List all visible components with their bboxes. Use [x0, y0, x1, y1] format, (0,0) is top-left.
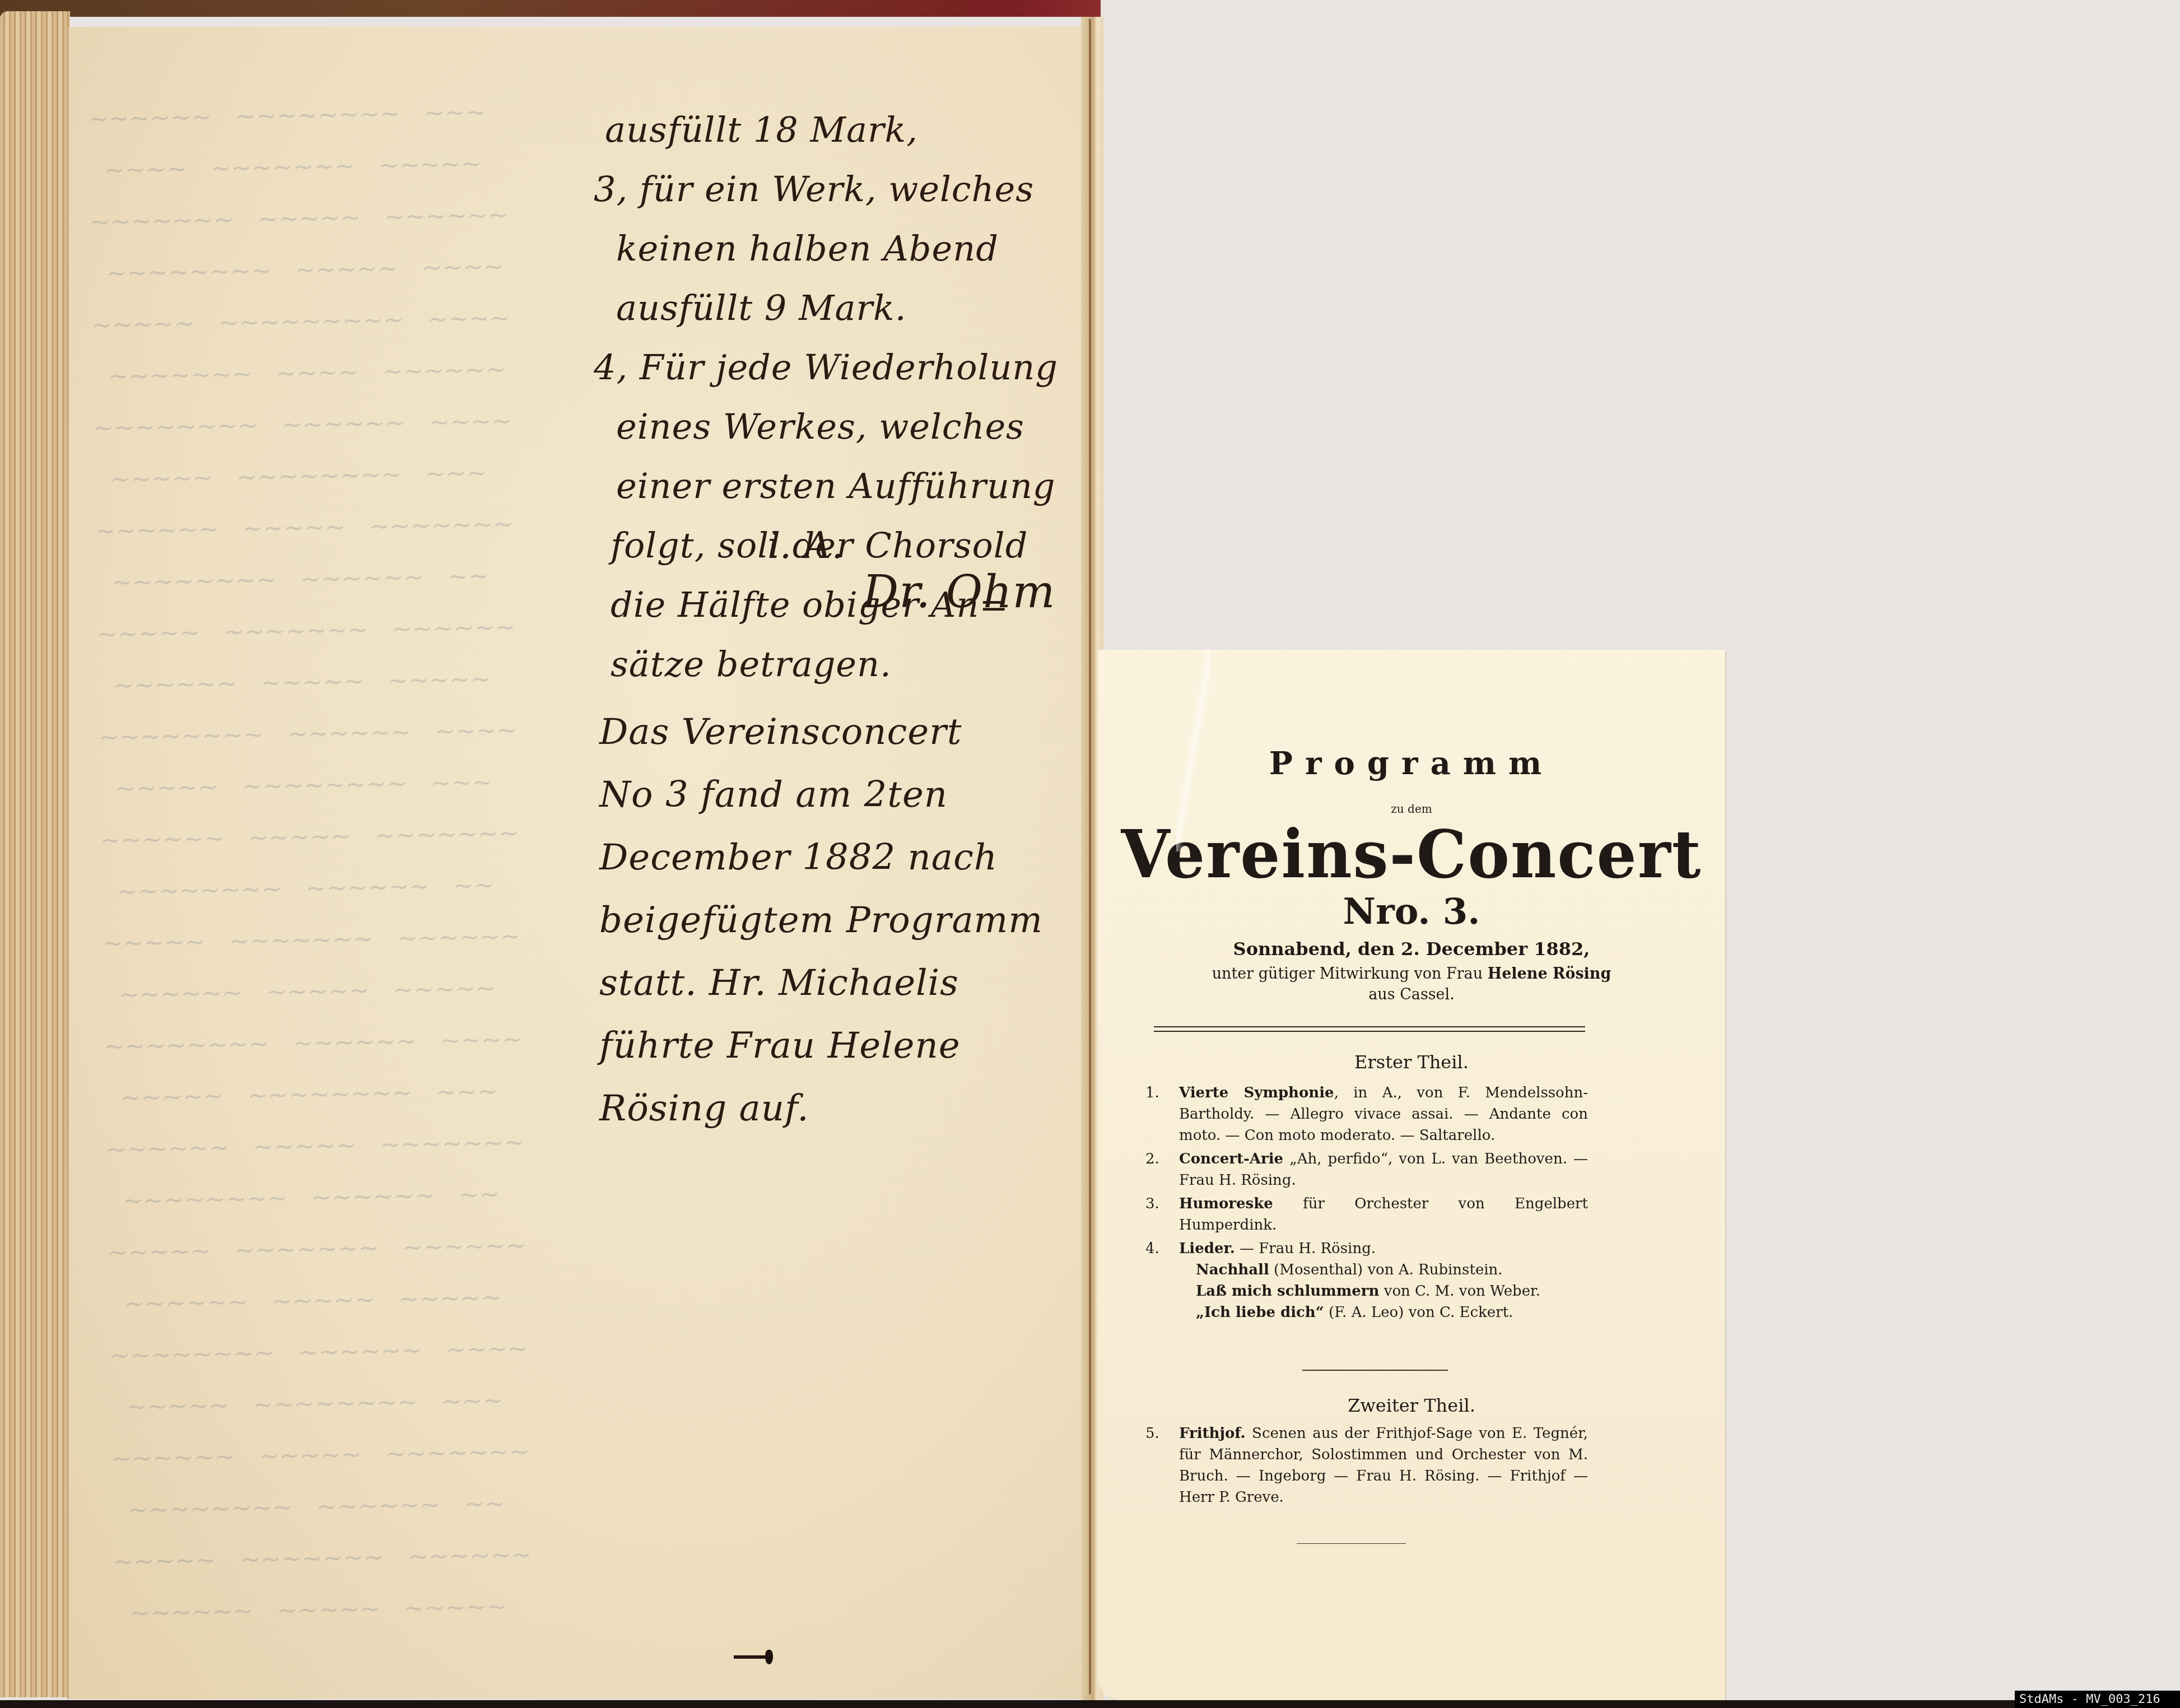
program-item: 2. Concert-Arie „Ah, perfido“, von L. va… — [1145, 1148, 1588, 1191]
program-performer-line: unter gütiger Mitwirkung von Frau Helene… — [1098, 965, 1725, 983]
item-number: 2. — [1145, 1148, 1179, 1191]
handwritten-line: December 1882 nach — [599, 837, 1043, 900]
end-divider — [1297, 1543, 1406, 1544]
section-divider — [1302, 1370, 1448, 1371]
handwritten-line: führte Frau Helene — [599, 1025, 1043, 1088]
handwritten-line: Rösing auf. — [599, 1088, 1043, 1151]
archive-caption: StdAMs - MV_003_216 — [2015, 1691, 2180, 1708]
program-item: 3. Humoreske für Orchester von Engelbert… — [1145, 1193, 1588, 1236]
song-line: Nachhall (Mosenthal) von A. Rubinstein. — [1196, 1259, 1588, 1281]
item-number: 1. — [1145, 1082, 1179, 1146]
handwritten-concert-note: Das Vereinsconcert No 3 fand am 2ten Dec… — [599, 711, 1043, 1151]
song-line: Laß mich schlummern von C. M. von Weber. — [1196, 1281, 1588, 1302]
handwritten-line: ausfüllt 9 Mark. — [594, 287, 1058, 347]
song-list: Nachhall (Mosenthal) von A. Rubinstein. … — [1179, 1259, 1588, 1323]
song-text: (F. A. Leo) von C. Eckert. — [1324, 1304, 1513, 1321]
item-title: Vierte Symphonie — [1179, 1085, 1334, 1101]
handwritten-line: Das Vereinsconcert — [599, 711, 1043, 774]
program-date: Sonnabend, den 2. December 1882, — [1098, 938, 1725, 960]
item-title: Concert-Arie — [1179, 1151, 1283, 1167]
performer-name: Helene Rösing — [1488, 965, 1611, 983]
handwritten-line: einer ersten Aufführung — [594, 466, 1058, 525]
handwritten-line: 3, für ein Werk, welches — [594, 169, 1058, 228]
item-title: Lieder. — [1179, 1240, 1235, 1257]
section-heading-part-2: Zweiter Theil. — [1098, 1395, 1725, 1416]
signature: Dr. Ohm — [863, 566, 1055, 618]
program-item: 5. Frithjof. Scenen aus der Frithjof-Sag… — [1145, 1423, 1588, 1508]
part-2-items: 5. Frithjof. Scenen aus der Frithjof-Sag… — [1145, 1423, 1588, 1510]
signature-prefix: i. A. — [767, 524, 844, 567]
program-item: 4. Lieder. — Frau H. Rösing. Nachhall (M… — [1145, 1238, 1588, 1323]
handwritten-line: statt. Hr. Michaelis — [599, 962, 1043, 1025]
item-number: 4. — [1145, 1238, 1179, 1323]
program-item: 1. Vierte Symphonie, in A., von F. Mende… — [1145, 1082, 1588, 1146]
bleed-through-writing: ~~~~~~ ~~~~~~~~ ~~~ ~~~~ ~~~~~~~ ~~~~~ ~… — [87, 86, 562, 1640]
song-line: „Ich liebe dich“ (F. A. Leo) von C. Ecke… — [1196, 1302, 1588, 1323]
ink-mark — [734, 1655, 767, 1659]
item-number: 3. — [1145, 1193, 1179, 1236]
paper-fold-crease — [1176, 650, 1210, 851]
song-title: Nachhall — [1196, 1262, 1269, 1278]
book-page-edges — [0, 11, 70, 1697]
item-title: Humoreske — [1179, 1195, 1273, 1212]
handwritten-line: beigefügtem Programm — [599, 900, 1043, 962]
handwritten-line: No 3 fand am 2ten — [599, 774, 1043, 837]
song-title: Laß mich schlummern — [1196, 1283, 1379, 1300]
handwritten-line: 4, Für jede Wiederholung — [594, 347, 1058, 406]
song-text: (Mosenthal) von A. Rubinstein. — [1269, 1262, 1503, 1278]
double-divider — [1154, 1026, 1585, 1032]
handwritten-line: keinen halben Abend — [594, 228, 1058, 287]
program-number: Nro. 3. — [1098, 891, 1725, 933]
book-cover-top-edge — [0, 0, 1101, 17]
handwritten-line: sätze betragen. — [594, 644, 1058, 703]
item-title: Frithjof. — [1179, 1425, 1246, 1442]
section-heading-part-1: Erster Theil. — [1098, 1051, 1725, 1073]
program-place: aus Cassel. — [1098, 986, 1725, 1003]
song-text: von C. M. von Weber. — [1379, 1283, 1540, 1300]
item-text: — Frau H. Rösing. — [1235, 1240, 1376, 1257]
part-1-items: 1. Vierte Symphonie, in A., von F. Mende… — [1145, 1082, 1588, 1325]
performer-prefix: unter gütiger Mitwirkung von Frau — [1212, 965, 1483, 983]
handwritten-line: ausfüllt 18 Mark, — [594, 109, 1058, 169]
song-title: „Ich liebe dich“ — [1196, 1304, 1324, 1321]
item-number: 5. — [1145, 1423, 1179, 1508]
gutter-fold-line — [1089, 19, 1091, 1694]
handwritten-line: eines Werkes, welches — [594, 406, 1058, 466]
scan-bottom-edge — [0, 1700, 2180, 1708]
